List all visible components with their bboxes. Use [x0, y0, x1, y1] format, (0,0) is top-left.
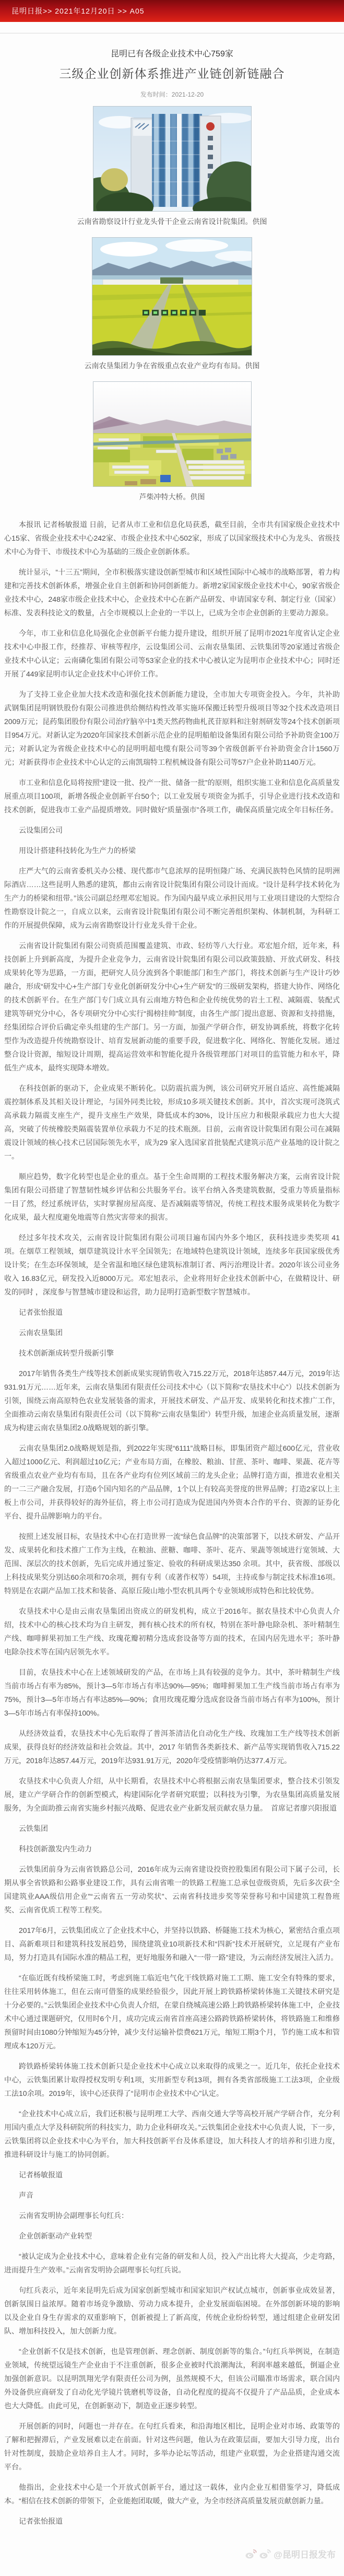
section-heading: 声音 — [4, 2188, 340, 2202]
article-paragraph: 农垦技术中心负责人介绍，从中长期看，农垦技术中心将根据云南农垦集团要求，整合技术… — [4, 1774, 340, 1815]
bridge-valley-photo — [93, 381, 252, 487]
article-paragraph: 从经济效益看，农垦技术中心先后取得了普洱茶清洁化自动化生产线、玫瑰加工生产线等技… — [4, 1727, 340, 1767]
section-heading: 云南农垦集团 — [4, 1326, 340, 1339]
article-paragraph: 今年，市工业和信息化局强化企业创新平台能力提升建设，组织开展了昆明市2021年度… — [4, 626, 340, 681]
weibo-watermark: @昆明日报发布 — [0, 2540, 344, 2576]
article-paragraph: 本报讯 记者杨敏报道 日前，记者从市工业和信息化局获悉，截至目前，全市共有国家级… — [4, 518, 340, 558]
building-photo — [93, 106, 252, 212]
section-heading: 云铁集团 — [4, 1822, 340, 1835]
article-paragraph: 在科技创新的驱动下，企业成果不断转化。以防震抗震为例，该公司研究开展自适应、高性… — [4, 1081, 340, 1163]
article-paragraph: 句红兵表示，近年来昆明先后成为国家创新型城市和国家知识产权试点城市，创新事业成效… — [4, 2283, 340, 2338]
figure-caption: 云南省勘察设计行业龙头骨干企业云南省设计院集团。供图 — [0, 216, 344, 227]
article-paragraph: 云南省设计院集团有限公司资质范围覆盖建筑、市政、轻纺等八大行业。邓宏旭介绍，近年… — [4, 939, 340, 1075]
section-heading: 科技创新激发内生动力 — [4, 1842, 340, 1856]
article-paragraph: 开展创新的同时，问题也一并存在。在句红兵看来，和沿海地区相比，昆明企业对市场、政… — [4, 2419, 340, 2474]
figure-bridge-valley: 芦柴冲特大桥。供图 — [0, 381, 344, 502]
article-paragraph: 按照上述发展目标，农垦技术中心在打造世界一流“绿色食品牌”的决策部署下，以技术研… — [4, 1530, 340, 1598]
section-heading: 企业创新驱动产业转型 — [4, 2229, 340, 2243]
weibo-icon — [259, 2549, 271, 2559]
article-paragraph: 农垦技术中心是由云南农垦集团出资成立的研发机构，成立于2016年。据农垦技术中心… — [4, 1604, 340, 1659]
page-title: 三级企业创新体系推进产业链创新链融合 — [0, 64, 344, 81]
article-paragraph: 目前，农垦技术中心在上述领域研发的产品，在市场上具有较强的竞争力。其中，茶叶精制… — [4, 1665, 340, 1720]
farm-fields-photo — [92, 237, 252, 356]
article-paragraph: “在临近既有线桥梁施工时，考虑到施工临近电气化干线铁路对施工工期、施工安全有特殊… — [4, 1971, 340, 2053]
article-paragraph: “企业技术中心成立后，我们还积极与昆明理工大学、西南交通大学等高校开展产学研合作… — [4, 2107, 340, 2161]
section-heading: 云南省发明协会副理事长句红兵： — [4, 2209, 340, 2222]
article-paragraph: “企业创新不仅是技术创新，也是管理创新、理念创新、制度创新等的集合。”句红兵举例… — [4, 2345, 340, 2412]
watermark-text: @昆明日报发布 — [274, 2547, 336, 2560]
article-paragraph: 经过多年技术攻关，云南省设计院集团有限公司项目遍布国内外多个地区，获科技进步类奖… — [4, 1231, 340, 1299]
article-paragraph: 2017年6月，云铁集团成立了企业技术中心，并坚持以铁路、桥隧施工技术为核心，紧… — [4, 1924, 340, 1964]
figure-farm-fields: 云南农垦集团力争在省级重点农业产业均有布局。供图 — [0, 237, 344, 371]
article-paragraph: 为了支持工业企业加大技术改造和强化技术创新能力建设，全市加大专项资金投入。今年，… — [4, 687, 340, 769]
weibo-icon — [245, 2549, 257, 2559]
article-paragraph: 市工业和信息化局将按照“建设一批、投产一批、储备一批”的原则，组织实施工业和信息… — [4, 776, 340, 817]
article-paragraph: 他指出，企业技术中心是一个开放式创新平台，通过这一载体，业内企业互相借鉴学习，降… — [4, 2480, 340, 2508]
figure-building: 云南省勘察设计行业龙头骨干企业云南省设计院集团。供图 — [0, 106, 344, 227]
byline: 记者杨敏报道 — [4, 2168, 340, 2182]
article-paragraph: 顺应趋势，数字化转型也是企业的重点。基于全生命周期的工程技术服务解决方案，云南省… — [4, 1170, 340, 1224]
article-paragraph: 统计显示，“十三五”期间，全市积极落实建设创新型城市和区域性国际中心城市的战略部… — [4, 565, 340, 620]
breadcrumb: 昆明日报>> 2021年12月20日 >> A05 — [11, 6, 145, 16]
article-paragraph: 庄严大气的云南省委机关办公楼、现代都市气息浓厚的昆明恒隆广场、充满民族特色风情的… — [4, 864, 340, 932]
section-heading: 用设计搭建科技转化为生产力的桥梁 — [4, 844, 340, 857]
article-body: 本报讯 记者杨敏报道 日前，记者从市工业和信息化局获悉，截至目前，全市共有国家级… — [0, 512, 344, 2540]
section-heading: 技术创新渐成转型升级新引擎 — [4, 1346, 340, 1360]
publish-time: 发布时间：2021-12-20 — [0, 90, 344, 99]
article-paragraph: 云铁集团前身为云南省铁路总公司，2016年成为云南省建设投资控股集团有限公司下属… — [4, 1862, 340, 1917]
figure-caption: 芦柴冲特大桥。供图 — [0, 492, 344, 502]
article-head: 昆明已有各级企业技术中心759家 三级企业创新体系推进产业链创新链融合 发布时间… — [0, 33, 344, 99]
byline: 记者张怡报道 — [4, 1306, 340, 1319]
epaper-page: 昆明日报>> 2021年12月20日 >> A05 昆明已有各级企业技术中心75… — [0, 0, 344, 2576]
article-paragraph: 跨铁路桥梁转体施工技术创新只是企业技术中心成立以来取得的成果之一。近几年，依托企… — [4, 2059, 340, 2100]
article-supertitle: 昆明已有各级企业技术中心759家 — [0, 47, 344, 59]
byline: 记者张怡报道 — [4, 2514, 340, 2528]
section-heading: 云设集团公司 — [4, 823, 340, 837]
article-paragraph: “被认定成为企业技术中心，意味着企业有完备的研发和人员，投入产出比将大大提高，少… — [4, 2249, 340, 2277]
figure-caption: 云南农垦集团力争在省级重点农业产业均有布局。供图 — [0, 360, 344, 371]
header-bar: 昆明日报>> 2021年12月20日 >> A05 — [0, 0, 344, 22]
article-paragraph: 云南农垦集团2.0战略规划是指，到2022年实现“6111”战略目标，即集团资产… — [4, 1441, 340, 1523]
article-paragraph: 2017年销售各类生产线等技术创新成果实现销售收入715.22万元，2018年达… — [4, 1367, 340, 1435]
